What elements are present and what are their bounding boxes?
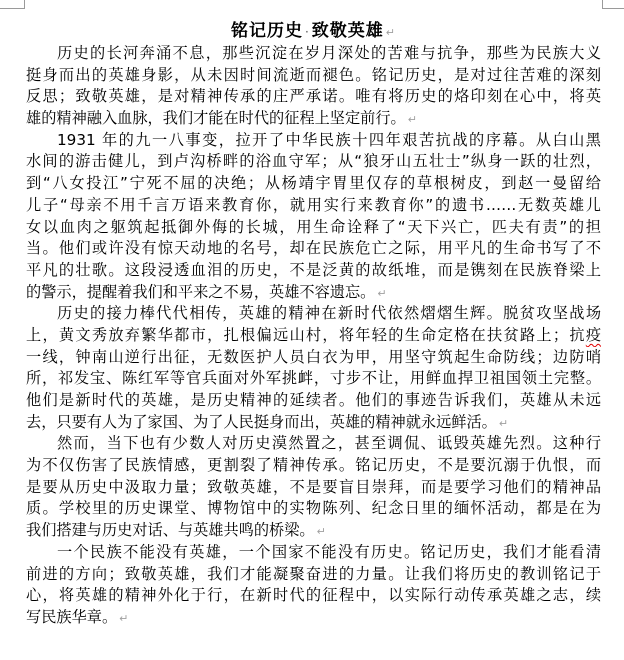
text-line: 质。学校里的历史课堂、博物馆中的实物陈列、纪念日里的缅怀活动，都是在为 bbox=[26, 498, 601, 520]
text-line: 历史的接力棒代代相传，英雄的精神在新时代依然熠熠生辉。脱贫攻坚战场 bbox=[26, 303, 601, 325]
text-line: 儿子“母亲不用千言万语来教育你，就用实行来教育你”的遗书……无数英雄儿 bbox=[26, 195, 601, 217]
document-body[interactable]: 历史的长河奔涌不息，那些沉淀在岁月深处的苦难与抗争，那些为民族大义 挺身而出的英… bbox=[26, 43, 601, 629]
text-line: 为不仅伤害了民族情感，更割裂了精神传承。铭记历史，不是要沉溺于仇恨，而 bbox=[26, 455, 601, 477]
spellcheck-flagged-word[interactable]: 疫 bbox=[586, 326, 601, 344]
title-separator: · bbox=[305, 25, 310, 39]
text-line: 挺身而出的英雄身影，从未因时间流逝而褪色。铭记历史，是对过往苦难的深刻 bbox=[26, 65, 601, 87]
text-line: 是要从历史中汲取力量；致敬英雄，不是要盲目崇拜，而是要学习他们的精神品 bbox=[26, 477, 601, 499]
page-corner-mark-top-left bbox=[0, 0, 25, 9]
text-line: 水间的游击健儿，到卢沟桥畔的浴血守军；从“狼牙山五壮士”纵身一跃的壮烈， bbox=[26, 151, 601, 173]
title-part-2: 致敬英雄 bbox=[312, 21, 384, 41]
text-line: 平凡的壮歌。这段浸透血泪的历史，不是泛黄的故纸堆，而是镌刻在民族脊梁上 bbox=[26, 260, 601, 282]
text-line: 到“八女投江”宁死不屈的决绝；从杨靖宇胃里仅存的草根树皮，到赵一曼留给 bbox=[26, 173, 601, 195]
text-line: 1931 年的九一八事变，拉开了中华民族十四年艰苦抗战的序幕。从白山黑 bbox=[26, 130, 601, 152]
text-line: 女以血肉之躯筑起抵御外侮的长城，用生命诠释了“天下兴亡，匹夫有责”的担 bbox=[26, 217, 601, 239]
text-line-content: 雄的精神融入血脉，我们才能在时代的征程上坚定前行。 bbox=[26, 109, 406, 127]
paragraph-mark-icon: ↵ bbox=[499, 417, 508, 430]
text-line-last: 写民族华章。↵ bbox=[26, 607, 601, 629]
paragraph-2[interactable]: 1931 年的九一八事变，拉开了中华民族十四年艰苦抗战的序幕。从白山黑 水间的游… bbox=[26, 130, 601, 304]
text-line: 他们是新时代的英雄，是历史精神的延续者。他们的事迹告诉我们，英雄从未远 bbox=[26, 390, 601, 412]
text-line: 所，祁发宝、陈红军等官兵面对外军挑衅，寸步不让，用鲜血捍卫祖国领土完整。 bbox=[26, 368, 601, 390]
text-line-last: 去，只要有人为了家国、为了人民挺身而出，英雄的精神就永远鲜活。↵ bbox=[26, 412, 601, 434]
page-corner-mark-top-right bbox=[602, 0, 624, 9]
paragraph-mark-icon: ↵ bbox=[408, 113, 417, 126]
text-line: 一线，钟南山逆行出征，无数医护人员白衣为甲，用坚守筑起生命防线；边防哨 bbox=[26, 347, 601, 369]
text-line-content: 去，只要有人为了家国、为了人民挺身而出，英雄的精神就永远鲜活。 bbox=[26, 413, 497, 431]
text-line-content: 上，黄文秀放弃繁华都市，扎根偏远山村，将年轻的生命定格在扶贫路上；抗疫 bbox=[26, 326, 601, 344]
text-line-content: 写民族华章。 bbox=[26, 608, 117, 626]
text-line-last: 雄的精神融入血脉，我们才能在时代的征程上坚定前行。↵ bbox=[26, 108, 601, 130]
paragraph-4[interactable]: 然而，当下也有少数人对历史漠然置之，甚至调侃、诋毁英雄先烈。这种行 为不仅伤害了… bbox=[26, 433, 601, 541]
document-title[interactable]: 铭记历史·致敬英雄↵ bbox=[26, 20, 601, 44]
text-line-with-spellcheck: 上，黄文秀放弃繁华都市，扎根偏远山村，将年轻的生命定格在扶贫路上；抗疫 bbox=[26, 325, 601, 347]
text-line-last: 我们搭建与历史对话、与英雄共鸣的桥梁。↵ bbox=[26, 520, 601, 542]
text-line-last: 的警示，提醒着我们和平来之不易，英雄不容遗忘。↵ bbox=[26, 282, 601, 304]
text-line-content: 的警示，提醒着我们和平来之不易，英雄不容遗忘。 bbox=[26, 283, 375, 301]
title-part-1: 铭记历史 bbox=[231, 21, 303, 41]
paragraph-mark-icon: ↵ bbox=[317, 525, 326, 538]
text-line: 反思；致敬英雄，是对精神传承的庄严承诺。唯有将历史的烙印刻在心中，将英 bbox=[26, 86, 601, 108]
paragraph-3[interactable]: 历史的接力棒代代相传，英雄的精神在新时代依然熠熠生辉。脱贫攻坚战场 上，黄文秀放… bbox=[26, 303, 601, 433]
text-line: 历史的长河奔涌不息，那些沉淀在岁月深处的苦难与抗争，那些为民族大义 bbox=[26, 43, 601, 65]
paragraph-5[interactable]: 一个民族不能没有英雄，一个国家不能没有历史。铭记历史，我们才能看清 前进的方向；… bbox=[26, 542, 601, 629]
text-line: 当。他们或许没有惊天动地的名号，却在民族危亡之际，用平凡的生命书写了不 bbox=[26, 238, 601, 260]
text-line: 一个民族不能没有英雄，一个国家不能没有历史。铭记历史，我们才能看清 bbox=[26, 542, 601, 564]
paragraph-mark-icon: ↵ bbox=[386, 26, 396, 39]
text-line: 前进的方向；致敬英雄，我们才能凝聚奋进的力量。让我们将历史的教训铭记于 bbox=[26, 564, 601, 586]
paragraph-mark-icon: ↵ bbox=[377, 287, 386, 300]
text-line: 心，将英雄的精神外化于行，在新时代的征程中，以实际行动传承英雄之志，续 bbox=[26, 585, 601, 607]
paragraph-mark-icon: ↵ bbox=[119, 612, 128, 625]
text-line-content: 我们搭建与历史对话、与英雄共鸣的桥梁。 bbox=[26, 521, 315, 539]
paragraph-1[interactable]: 历史的长河奔涌不息，那些沉淀在岁月深处的苦难与抗争，那些为民族大义 挺身而出的英… bbox=[26, 43, 601, 130]
text-line: 然而，当下也有少数人对历史漠然置之，甚至调侃、诋毁英雄先烈。这种行 bbox=[26, 433, 601, 455]
